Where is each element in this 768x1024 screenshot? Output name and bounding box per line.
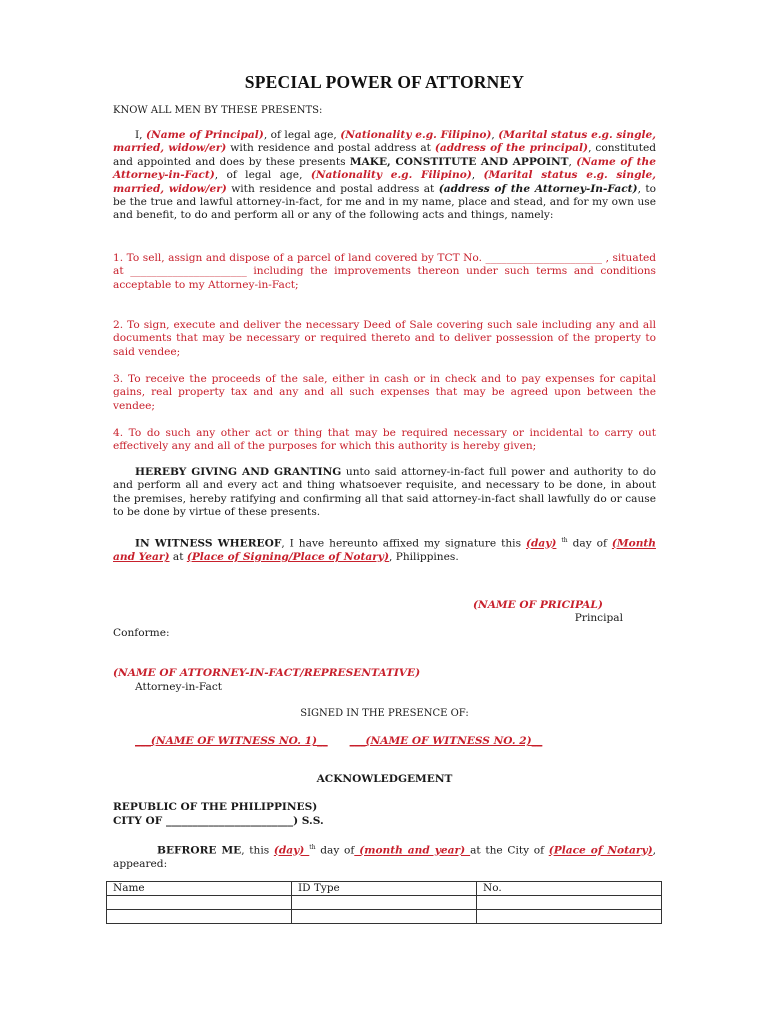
act-item-3: 3. To receive the proceeds of the sale, … (113, 373, 656, 413)
witness-2-name: ___(NAME OF WITNESS NO. 2)__ (350, 735, 543, 747)
ack-placeholder-place: (Place of Notary) (549, 845, 653, 857)
granting-paragraph: HEREBY GIVING AND GRANTING unto said att… (113, 466, 656, 520)
table-row (107, 910, 662, 924)
id-table: Name ID Type No. (106, 881, 662, 924)
ack-placeholder-month-year: (month and year) (354, 845, 470, 857)
witness-lines: ___(NAME OF WITNESS NO. 1)_____(NAME OF … (135, 735, 655, 748)
attorney-signature-name: (NAME OF ATTORNEY-IN-FACT/REPRESENTATIVE… (113, 667, 656, 680)
witness-1-name: ___(NAME OF WITNESS NO. 1)__ (135, 735, 328, 747)
placeholder-attorney-address: (address of the Attorney-In-Fact) (439, 183, 638, 195)
placeholder-principal-address: (address of the principal) (435, 142, 588, 154)
attorney-signature-role: Attorney-in-Fact (135, 681, 678, 694)
act-item-2: 2. To sign, execute and deliver the nece… (113, 319, 656, 359)
republic-line: REPUBLIC OF THE PHILIPPINES) (113, 801, 656, 814)
principal-signature-name: (NAME OF PRICIPAL) (473, 599, 633, 612)
act-item-1: 1. To sell, assign and dispose of a parc… (113, 252, 656, 292)
before-me-paragraph: BEFRORE ME, this (day) th day of (month … (113, 841, 656, 871)
placeholder-principal-name: (Name of Principal) (146, 129, 264, 141)
id-table-header: Name ID Type No. (107, 882, 662, 896)
document-title: SPECIAL POWER OF ATTORNEY (113, 72, 656, 93)
table-row (107, 896, 662, 910)
placeholder-nationality: (Nationality e.g. Filipino) (340, 129, 491, 141)
signed-presence-label: SIGNED IN THE PRESENCE OF: (113, 707, 656, 720)
placeholder-day: (day) (526, 538, 556, 550)
intro-paragraph: I, (Name of Principal), of legal age, (N… (113, 129, 656, 223)
act-item-4: 4. To do such any other act or thing tha… (113, 427, 656, 454)
conforme-label: Conforme: (113, 627, 656, 640)
preamble: KNOW ALL MEN BY THESE PRESENTS: (113, 104, 656, 117)
header-id-type: ID Type (292, 882, 477, 896)
placeholder-attorney-nationality: (Nationality e.g. Filipino) (311, 169, 472, 181)
city-line: CITY OF ________________________) S.S. (113, 815, 656, 828)
placeholder-place: (Place of Signing/Place of Notary) (187, 551, 389, 563)
acknowledgement-heading: ACKNOWLEDGEMENT (113, 773, 656, 786)
header-name: Name (107, 882, 292, 896)
witness-paragraph: IN WITNESS WHEREOF, I have hereunto affi… (113, 534, 656, 564)
ack-placeholder-day: (day) (274, 845, 309, 857)
header-number: No. (477, 882, 662, 896)
principal-signature-role: Principal (543, 612, 623, 625)
